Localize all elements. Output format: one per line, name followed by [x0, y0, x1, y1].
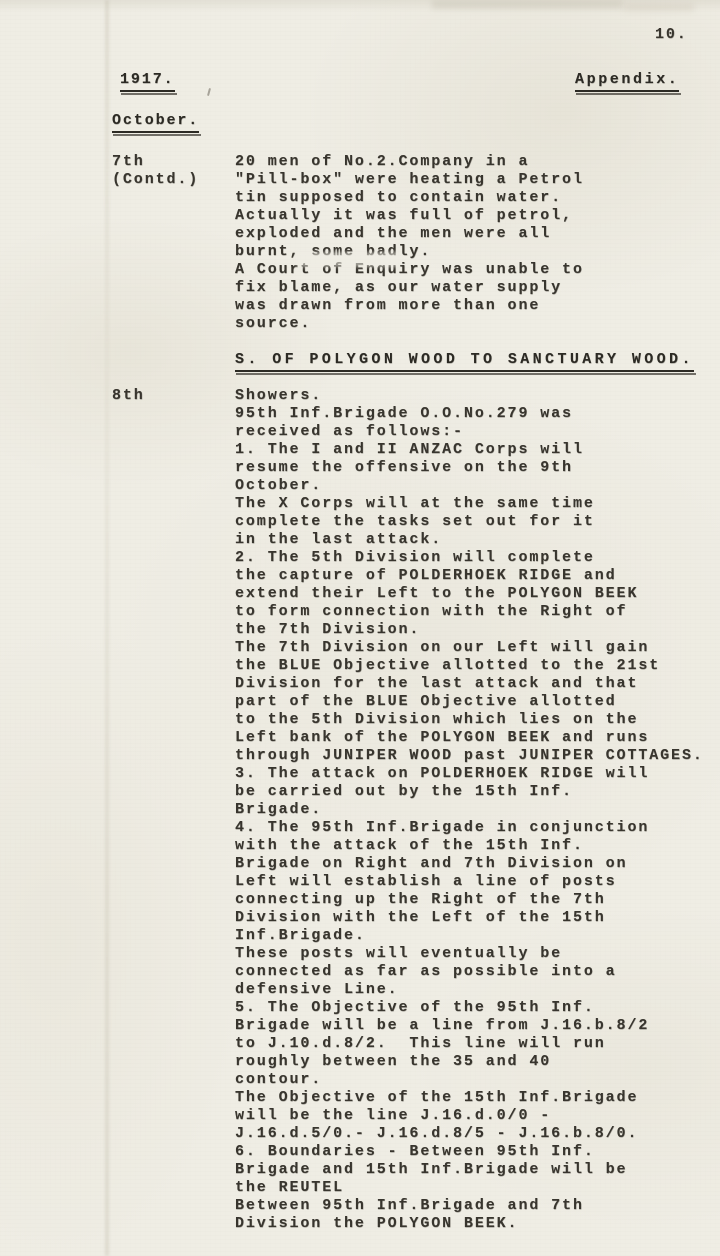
- typed-line: will be the line J.16.d.0/0 -: [235, 1107, 704, 1125]
- typed-line: 95th Inf.Brigade O.O.No.279 was: [235, 405, 704, 423]
- war-diary-scanned-page: 10. 1917. Appendix. October. 7th(Contd.)…: [0, 0, 720, 1256]
- typed-line: connected as far as possible into a: [235, 963, 704, 981]
- appendix-label: Appendix.: [575, 71, 679, 92]
- typed-line: 7th: [112, 153, 199, 171]
- typed-line: through JUNIPER WOOD past JUNIPER COTTAG…: [235, 747, 704, 765]
- typed-line: 1. The I and II ANZAC Corps will: [235, 441, 704, 459]
- stray-ink-mark: [207, 88, 211, 96]
- typed-line: defensive Line.: [235, 981, 704, 999]
- typed-line: contour.: [235, 1071, 704, 1089]
- typed-line: to J.10.d.8/2. This line will run: [235, 1035, 704, 1053]
- year-heading: 1917.: [120, 71, 175, 92]
- typed-line: in the last attack.: [235, 531, 704, 549]
- typed-line: Inf.Brigade.: [235, 927, 704, 945]
- paper-smudge: [432, 0, 622, 9]
- typed-line: The Objective of the 15th Inf.Brigade: [235, 1089, 704, 1107]
- page-number: 10.: [655, 26, 688, 44]
- typed-line: These posts will eventually be: [235, 945, 704, 963]
- month-heading-text: October.: [112, 112, 199, 133]
- typed-line: Brigade on Right and 7th Division on: [235, 855, 704, 873]
- typed-line: 8th: [112, 387, 145, 405]
- typed-line: the capture of POLDERHOEK RIDGE and: [235, 567, 704, 585]
- typed-line: Actually it was full of petrol,: [235, 207, 584, 225]
- typed-line: be carried out by the 15th Inf.: [235, 783, 704, 801]
- month-heading: October.: [112, 112, 199, 133]
- typed-line: "Pill-box" were heating a Petrol: [235, 171, 584, 189]
- typed-line: Brigade will be a line from J.16.b.8/2: [235, 1017, 704, 1035]
- typed-line: A Court of Enquiry was unable to: [235, 261, 584, 279]
- typed-line: Showers.: [235, 387, 704, 405]
- typed-line: 6. Boundaries - Between 95th Inf.: [235, 1143, 704, 1161]
- typed-line: with the attack of the 15th Inf.: [235, 837, 704, 855]
- year-heading-text: 1917.: [120, 71, 175, 92]
- entry-body-column: 20 men of No.2.Company in a"Pill-box" we…: [235, 153, 584, 333]
- typed-line: Brigade.: [235, 801, 704, 819]
- typed-line: 5. The Objective of the 95th Inf.: [235, 999, 704, 1017]
- typed-line: 3. The attack on POLDERHOEK RIDGE will: [235, 765, 704, 783]
- typed-line: to form connection with the Right of: [235, 603, 704, 621]
- typed-line: Between 95th Inf.Brigade and 7th: [235, 1197, 704, 1215]
- typed-line: fix blame, as our water supply: [235, 279, 584, 297]
- typed-line: received as follows:-: [235, 423, 704, 441]
- typed-line: Division for the last attack and that: [235, 675, 704, 693]
- typed-line: 4. The 95th Inf.Brigade in conjunction: [235, 819, 704, 837]
- typed-line: Division with the Left of the 15th: [235, 909, 704, 927]
- typed-line: complete the tasks set out for it: [235, 513, 704, 531]
- typed-line: The 7th Division on our Left will gain: [235, 639, 704, 657]
- typed-line: part of the BLUE Objective allotted: [235, 693, 704, 711]
- typed-line: Left bank of the POLYGON BEEK and runs: [235, 729, 704, 747]
- entry-date-column: 7th(Contd.): [112, 153, 199, 189]
- typed-line: to the 5th Division which lies on the: [235, 711, 704, 729]
- typed-line: exploded and the men were all: [235, 225, 584, 243]
- typed-line: roughly between the 35 and 40: [235, 1053, 704, 1071]
- entry-date-column: 8th: [112, 387, 145, 405]
- section-heading: S. OF POLYGON WOOD TO SANCTUARY WOOD.: [235, 351, 694, 372]
- typed-line: (Contd.): [112, 171, 199, 189]
- entry-body-column: Showers.95th Inf.Brigade O.O.No.279 wasr…: [235, 387, 704, 1233]
- typed-line: extend their Left to the POLYGON BEEK: [235, 585, 704, 603]
- typed-line: burnt, some badly.: [235, 243, 584, 261]
- typed-line: Division the POLYGON BEEK.: [235, 1215, 704, 1233]
- typed-line: the 7th Division.: [235, 621, 704, 639]
- typed-line: connecting up the Right of the 7th: [235, 891, 704, 909]
- section-heading-text: S. OF POLYGON WOOD TO SANCTUARY WOOD.: [235, 351, 694, 372]
- typed-line: The X Corps will at the same time: [235, 495, 704, 513]
- typed-line: the REUTEL: [235, 1179, 704, 1197]
- paper-fold-line: [105, 0, 109, 1256]
- typed-line: source.: [235, 315, 584, 333]
- typed-line: resume the offensive on the 9th: [235, 459, 704, 477]
- typed-line: the BLUE Objective allotted to the 21st: [235, 657, 704, 675]
- typed-line: Brigade and 15th Inf.Brigade will be: [235, 1161, 704, 1179]
- typed-line: tin supposed to contain water.: [235, 189, 584, 207]
- appendix-label-text: Appendix.: [575, 71, 679, 92]
- typed-line: 2. The 5th Division will complete: [235, 549, 704, 567]
- typed-line: J.16.d.5/0.- J.16.d.8/5 - J.16.b.8/0.: [235, 1125, 704, 1143]
- typed-line: was drawn from more than one: [235, 297, 584, 315]
- typed-line: October.: [235, 477, 704, 495]
- paper-smudge: [624, 4, 694, 11]
- typed-line: Left will establish a line of posts: [235, 873, 704, 891]
- typed-line: 20 men of No.2.Company in a: [235, 153, 584, 171]
